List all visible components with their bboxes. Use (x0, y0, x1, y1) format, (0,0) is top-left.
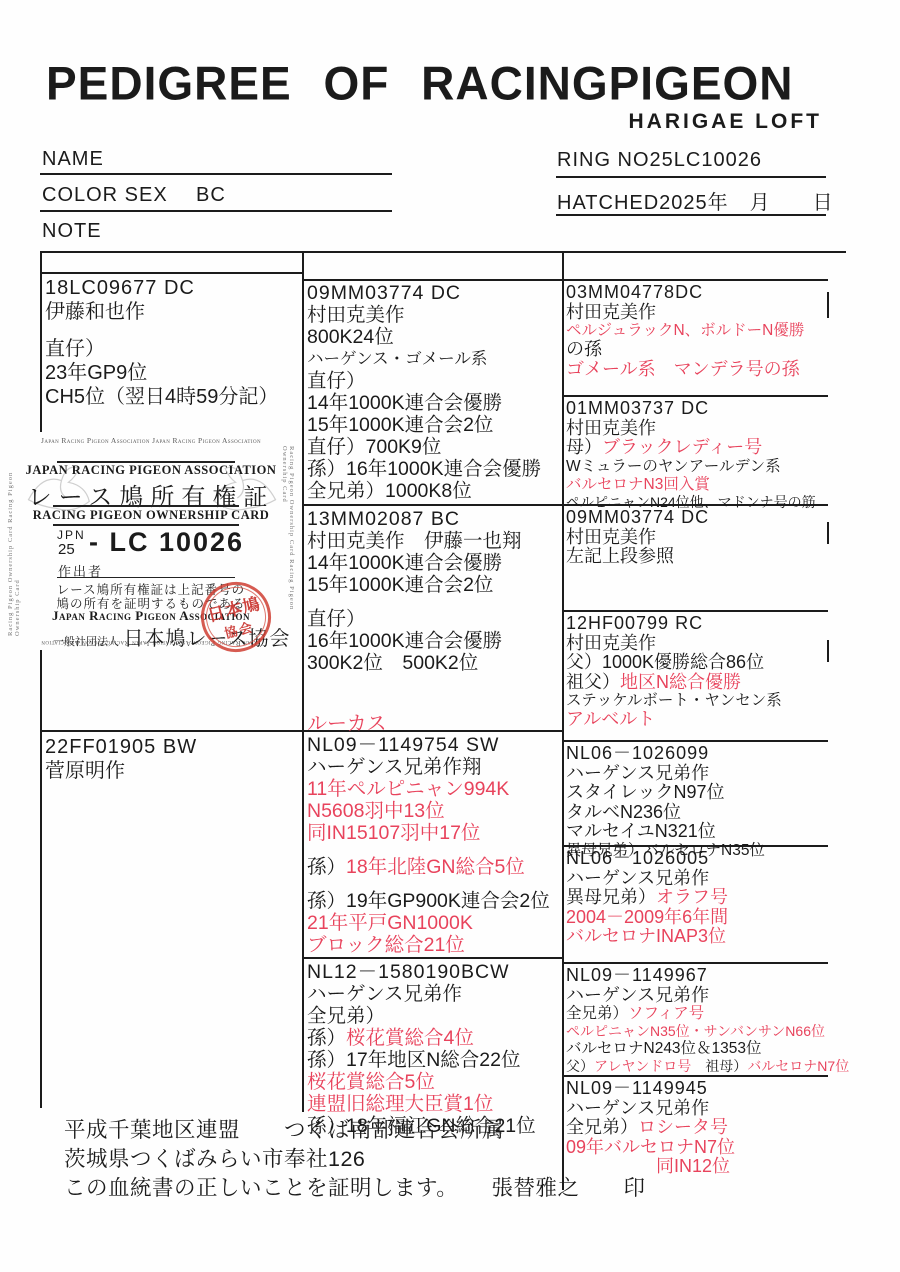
pedigree-line: ハーゲンス兄弟作 (566, 1099, 826, 1119)
pedigree-cell-g3-8: NL09－1149945ハーゲンス兄弟作全兄弟）ロシータ号09年バルセロナN7位… (566, 1079, 826, 1177)
pedigree-line: 全兄弟） (307, 1005, 557, 1027)
pedigree-line: 全兄弟）1000K8位 (307, 480, 557, 502)
pedigree-line: バルセロナN3回入賞 (566, 476, 826, 494)
pedigree-cell-g2-4: NL12－1580190BCWハーゲンス兄弟作全兄弟）孫）桜花賞総合4位孫）17… (307, 961, 557, 1137)
grid-vline-gen2 (302, 252, 304, 1112)
ring-id-line: 09MM03774 DC (307, 282, 557, 304)
ring-id-line: NL09－1149967 (566, 966, 826, 986)
hatched-date: HATCHED2025年 月 日 (557, 186, 834, 215)
pedigree-cell-sire: 18LC09677 DC伊藤和也作直仔）23年GP9位CH5位（翌日4時59分記… (45, 276, 297, 409)
pedigree-line: の孫 (566, 340, 826, 360)
pedigree-document: PEDIGREE OF RACINGPIGEON HARIGAE LOFT NA… (0, 0, 900, 1272)
grid-hline-g3-2 (562, 395, 828, 397)
ring-id-line: 09MM03774 DC (566, 508, 826, 528)
pedigree-line: 村田克美作 (566, 634, 826, 654)
pedigree-line (307, 844, 557, 856)
pedigree-line: 同IN15107羽中17位 (307, 822, 557, 844)
pedigree-line: 連盟旧総理大臣賞1位 (307, 1093, 557, 1115)
pedigree-cell-g3-5: NL06－1026099ハーゲンス兄弟作スタイレックN97位タルベN236位マル… (566, 744, 826, 860)
card-title-jp: レース鳩所有権証 (5, 477, 297, 512)
footer-federation: 平成千葉地区連盟 つくば南部連合会所属 (64, 1113, 504, 1144)
grid-tick-1 (827, 292, 829, 318)
card-rule-2 (53, 505, 239, 507)
page-title: PEDIGREE OF RACINGPIGEON (46, 55, 794, 110)
card-band-number: - LC 10026 (89, 527, 244, 558)
grid-hline-g3-5 (562, 740, 828, 742)
footer-address: 茨城県つくばみらい市奉社126 (64, 1142, 365, 1173)
ring-number: RING NO25LC10026 (557, 149, 762, 172)
ring-id-line: 12HF00799 RC (566, 614, 826, 634)
pedigree-line: 孫）桜花賞総合4位 (307, 1027, 557, 1049)
pedigree-line: 09年バルセロナN7位 (566, 1138, 826, 1158)
pedigree-line: N5608羽中13位 (307, 800, 557, 822)
grid-vline-gen1 (40, 252, 42, 1108)
pedigree-cell-g3-3: 09MM03774 DC村田克美作左記上段参照 (566, 508, 826, 567)
pedigree-line: ハーゲンス兄弟作翔 (307, 756, 557, 778)
note-underline (40, 251, 846, 253)
pedigree-line: 孫）18年北陸GN総合5位 (307, 856, 557, 878)
grid-hline-g3-4 (562, 610, 828, 612)
pedigree-line: 孫）19年GP900K連合会2位 (307, 890, 557, 912)
pedigree-cell-g2-2: 13MM02087 BC村田克美作 伊藤一也翔14年1000K連合会優勝15年1… (307, 508, 557, 674)
pedigree-line: 23年GP9位 (45, 361, 297, 385)
pedigree-line: CH5位（翌日4時59分記） (45, 385, 297, 409)
pedigree-line: ハーゲンス兄弟作 (566, 986, 826, 1006)
pedigree-line: ハーゲンス・ゴメール系 (307, 348, 557, 370)
ring-id-line: NL09－1149945 (566, 1079, 826, 1099)
pedigree-line: 11年ペルピニャン994K (307, 778, 557, 800)
hatched-underline (556, 214, 826, 216)
pedigree-line: 直仔） (45, 337, 297, 361)
pedigree-line: 孫）16年1000K連合会優勝 (307, 458, 557, 480)
grid-hline-g2-4 (302, 957, 562, 959)
pedigree-cell-g3-4: 12HF00799 RC村田克美作父）1000K優勝総合86位祖父）地区N総合優… (566, 614, 826, 730)
pedigree-line: アルベルト (566, 710, 826, 730)
pedigree-line (307, 596, 557, 608)
grid-hline-sire (40, 272, 303, 274)
card-rule-3 (53, 524, 239, 526)
card-association-jp-prefix: 一般社団法人 (53, 636, 119, 648)
color-sex-value: BC (196, 184, 226, 207)
pedigree-line: 異母兄弟）オラフ号 (566, 888, 826, 908)
pedigree-line: 2004－2009年6年間 (566, 908, 826, 928)
pedigree-cell-g3-7: NL09－1149967ハーゲンス兄弟作全兄弟）ソフィア号ペルピニャンN35位・… (566, 966, 826, 1075)
pedigree-line: 母）ブラックレディー号 (566, 438, 826, 458)
pedigree-cell-g3-2: 01MM03737 DC村田克美作母）ブラックレディー号Wミュラーのヤンアールデ… (566, 399, 826, 511)
pedigree-line (45, 324, 297, 337)
ring-id-line: NL09－1149754 SW (307, 734, 557, 756)
pedigree-cell-g2-3: NL09－1149754 SWハーゲンス兄弟作翔11年ペルピニャン994KN56… (307, 734, 557, 956)
pedigree-line: バルセロナINAP3位 (566, 927, 826, 947)
pedigree-line: 14年1000K連合会優勝 (307, 552, 557, 574)
pedigree-line: 村田克美作 伊藤一也翔 (307, 530, 557, 552)
pedigree-line: ゴメール系 マンデラ号の孫 (566, 360, 826, 380)
grid-tick-2 (827, 522, 829, 544)
pedigree-line: 15年1000K連合会2位 (307, 574, 557, 596)
pedigree-line: スタイレックN97位 (566, 783, 826, 803)
pedigree-line: 村田克美作 (566, 528, 826, 548)
card-year: 25 (58, 541, 75, 558)
ring-id-line: NL06－1026005 (566, 849, 826, 869)
pedigree-line: バルセロナN243位＆1353位 (566, 1040, 826, 1058)
name-underline (40, 173, 392, 175)
pedigree-line: 直仔） (307, 608, 557, 630)
pedigree-line: 左記上段参照 (566, 547, 826, 567)
pedigree-line: ブロック総合21位 (307, 934, 557, 956)
card-border-text-top: Japan Racing Pigeon Association Japan Ra… (41, 436, 261, 445)
pedigree-line: 桜花賞総合5位 (307, 1071, 557, 1093)
pedigree-line: 村田克美作 (566, 419, 826, 439)
pedigree-line: ハーゲンス兄弟作 (566, 764, 826, 784)
grid-hline-g2-2 (302, 504, 562, 506)
pedigree-line: ペルピニャンN35位・サンバンサンN66位 (566, 1023, 826, 1040)
pedigree-cell-dam: 22FF01905 BW菅原明作 (45, 735, 297, 783)
pedigree-line: 800K24位 (307, 326, 557, 348)
ring-underline (556, 176, 826, 178)
pedigree-line: マルセイユN321位 (566, 822, 826, 842)
grid-hline-g2-1 (302, 279, 562, 281)
color-underline (40, 210, 392, 212)
ring-id-line: NL12－1580190BCW (307, 961, 557, 983)
pedigree-line: 村田克美作 (566, 303, 826, 323)
ring-id-line: 18LC09677 DC (45, 276, 297, 300)
ring-id-line: NL06－1026099 (566, 744, 826, 764)
name-label: NAME (42, 148, 104, 171)
pedigree-cell-g3-1: 03MM04778DC村田克美作ペルジュラックN、ボルドーN優勝の孫ゴメール系 … (566, 283, 826, 379)
ring-id-line: 22FF01905 BW (45, 735, 297, 759)
pedigree-cell-g2-1: 09MM03774 DC村田克美作800K24位ハーゲンス・ゴメール系直仔）14… (307, 282, 557, 502)
pigeon-nickname-lucas: ルーカス (307, 707, 387, 736)
note-label: NOTE (42, 220, 102, 243)
pedigree-line: 14年1000K連合会優勝 (307, 392, 557, 414)
grid-hline-dam (40, 730, 303, 732)
pedigree-line: 祖父）地区N総合優勝 (566, 673, 826, 693)
grid-hline-g3-8 (562, 1075, 828, 1077)
pedigree-line: Wミュラーのヤンアールデン系 (566, 458, 826, 476)
pedigree-line: ペルジュラックN、ボルドーN優勝 (566, 322, 826, 340)
pedigree-line: ハーゲンス兄弟作 (307, 983, 557, 1005)
ring-id-line: 01MM03737 DC (566, 399, 826, 419)
grid-tick-3 (827, 640, 829, 662)
color-sex-label: COLOR SEX (42, 184, 168, 207)
pedigree-line: 16年1000K連合会優勝 (307, 630, 557, 652)
pedigree-line: 300K2位 500K2位 (307, 652, 557, 674)
pedigree-line: 15年1000K連合会2位 (307, 414, 557, 436)
pedigree-line: 父）1000K優勝総合86位 (566, 653, 826, 673)
ring-id-line: 13MM02087 BC (307, 508, 557, 530)
card-country-code: JPN (57, 528, 86, 542)
pedigree-line: 全兄弟）ソフィア号 (566, 1005, 826, 1023)
pedigree-line: 直仔）700K9位 (307, 436, 557, 458)
pedigree-line (307, 878, 557, 890)
grid-hline-g3-1 (562, 279, 828, 281)
loft-name: HARIGAE LOFT (629, 110, 823, 134)
pedigree-line: タルベN236位 (566, 803, 826, 823)
pedigree-line: ステッケルボート・ヤンセン系 (566, 692, 826, 710)
pedigree-line: ハーゲンス兄弟作 (566, 869, 826, 889)
ownership-card: Japan Racing Pigeon Association Japan Ra… (5, 432, 297, 650)
card-breeder-underline (57, 577, 235, 578)
pedigree-cell-g3-6: NL06－1026005ハーゲンス兄弟作異母兄弟）オラフ号2004－2009年6… (566, 849, 826, 947)
pedigree-line: 全兄弟）ロシータ号 (566, 1118, 826, 1138)
pedigree-line: 21年平戸GN1000K (307, 912, 557, 934)
pedigree-line: 菅原明作 (45, 759, 297, 783)
ring-id-line: 03MM04778DC (566, 283, 826, 303)
grid-vline-gen3 (562, 252, 564, 1190)
footer-certification: この血統書の正しいことを証明します。 張替雅之 印 (64, 1171, 646, 1202)
grid-hline-g3-7 (562, 962, 828, 964)
pedigree-line: 伊藤和也作 (45, 300, 297, 324)
pedigree-line: 父）アレヤンドロ号 祖母）バルセロナN7位 (566, 1058, 826, 1075)
card-title-en: RACING PIGEON OWNERSHIP CARD (5, 508, 297, 523)
pedigree-line: 村田克美作 (307, 304, 557, 326)
card-association-en-top: JAPAN RACING PIGEON ASSOCIATION (5, 463, 297, 478)
pedigree-line: 直仔） (307, 370, 557, 392)
pedigree-line: 孫）17年地区N総合22位 (307, 1049, 557, 1071)
